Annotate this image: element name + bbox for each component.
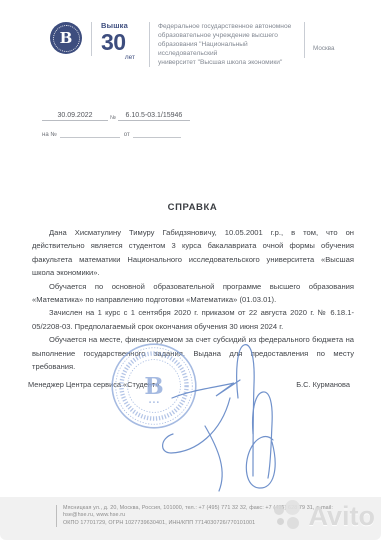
certificate-document: В Вышка 30 лет Федеральное государственн… <box>0 0 381 540</box>
reference-block: 30.09.2022 № 6.10.5-03.1/15946 на № от <box>42 112 190 138</box>
anniversary-bottom-label: лет <box>101 55 135 62</box>
reference-row-outgoing: 30.09.2022 № 6.10.5-03.1/15946 <box>42 112 190 121</box>
incoming-number-blank <box>60 130 120 138</box>
avito-watermark-text: Avito <box>309 503 376 530</box>
number-sign: № <box>110 115 116 121</box>
incoming-date-blank <box>133 130 181 138</box>
anniversary-number: 30 <box>101 31 135 54</box>
document-date: 30.09.2022 <box>42 112 108 121</box>
body-paragraph: Дана Хисматулину Тимуру Габидзяновичу, 1… <box>32 226 354 280</box>
org-line: образования "Национальный исследовательс… <box>158 40 296 58</box>
anniversary-mark: Вышка 30 лет <box>101 22 135 61</box>
avito-watermark: Avito <box>274 500 376 532</box>
city-label: Москва <box>304 22 335 58</box>
incoming-date-label: от <box>124 132 130 138</box>
header-divider <box>91 22 92 56</box>
org-line: университет "Высшая школа экономики" <box>158 58 296 67</box>
hse-logo-icon: В <box>50 22 82 54</box>
org-line: образовательное учреждение высшего <box>158 31 296 40</box>
document-title: СПРАВКА <box>32 202 353 213</box>
body-paragraph: Обучается по основной образовательной пр… <box>32 280 354 307</box>
letterhead: В Вышка 30 лет Федеральное государственн… <box>50 22 365 67</box>
handwritten-signature <box>150 338 302 496</box>
body-paragraph: Зачислен на 1 курс с 1 сентября 2020 г. … <box>32 306 354 333</box>
signer-name: Б.С. Курманова <box>296 380 350 389</box>
reference-row-incoming: на № от <box>42 130 190 138</box>
incoming-number-label: на № <box>42 132 57 138</box>
avito-logo-icon <box>274 500 306 532</box>
org-line: Федеральное государственное автономное <box>158 22 296 31</box>
hse-logo-glyph: В <box>50 22 82 54</box>
organization-name: Федеральное государственное автономное о… <box>149 22 296 67</box>
document-number: 6.10.5-03.1/15946 <box>118 112 190 121</box>
